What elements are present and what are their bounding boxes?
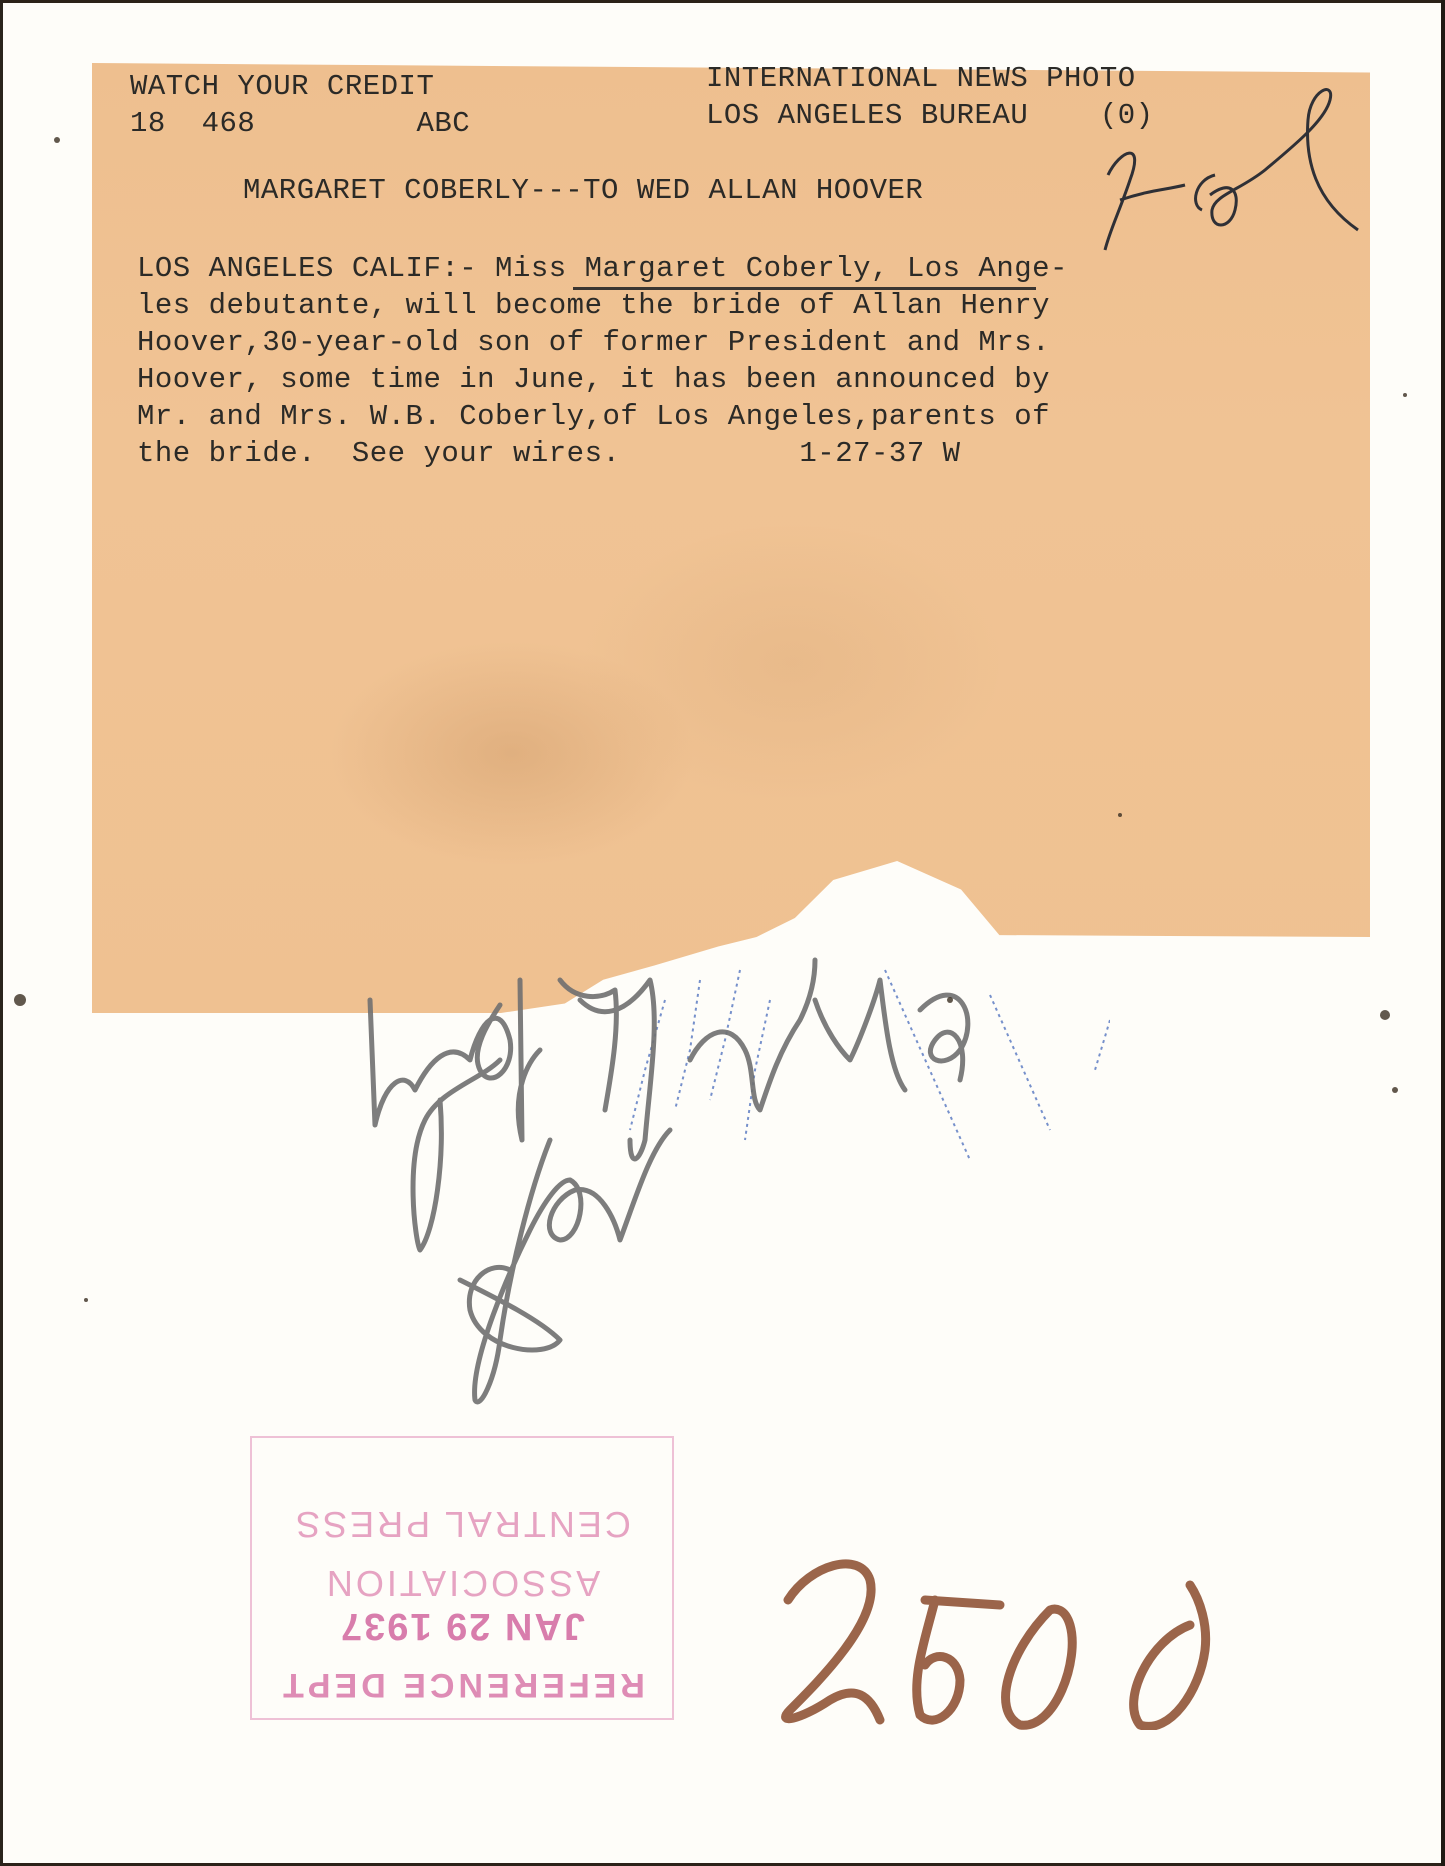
credit-line-1: WATCH YOUR CREDIT <box>130 68 470 105</box>
credit-line-2: 18 468 ABC <box>130 105 470 142</box>
stamp-line-central-press: CENTRAL PRESS <box>252 1504 672 1544</box>
stamp-line-reference: REFERENCE DEPT <box>252 1665 672 1704</box>
agency-line-1: INTERNATIONAL NEWS PHOTO <box>706 60 1154 97</box>
agency-header: INTERNATIONAL NEWS PHOTOLOS ANGELES BURE… <box>706 60 1154 134</box>
reference-dept-stamp: REFERENCE DEPT JAN 29 1937 ASSOCIATION C… <box>250 1436 674 1720</box>
headline: MARGARET COBERLY---TO WED ALLAN HOOVER <box>243 172 923 209</box>
caption-line: les debutante, will become the bride of … <box>137 287 1068 324</box>
caption-line: the bride. See your wires. 1-27-37 W <box>137 435 1068 472</box>
signature: Margaret Coberly <box>360 940 1120 1420</box>
caption-line: LOS ANGELES CALIF:- Miss Margaret Coberl… <box>137 250 1068 287</box>
handwritten-2col-note: 2 col <box>1090 80 1360 280</box>
pencil-number-2500: 2500 <box>760 1530 1280 1730</box>
caption-line: Mr. and Mrs. W.B. Coberly,of Los Angeles… <box>137 398 1068 435</box>
stamp-line-association: ASSOCIATION <box>252 1562 672 1604</box>
stamp-date: JAN 29 1937 <box>252 1604 672 1647</box>
caption-line: Hoover, some time in June, it has been a… <box>137 361 1068 398</box>
credit-header: WATCH YOUR CREDIT18 468 ABC <box>130 68 470 142</box>
agency-line-2: LOS ANGELES BUREAU (0) <box>706 97 1154 134</box>
caption-line: Hoover,30-year-old son of former Preside… <box>137 324 1068 361</box>
name-underline <box>573 287 1036 290</box>
caption-body: LOS ANGELES CALIF:- Miss Margaret Coberl… <box>137 250 1068 472</box>
